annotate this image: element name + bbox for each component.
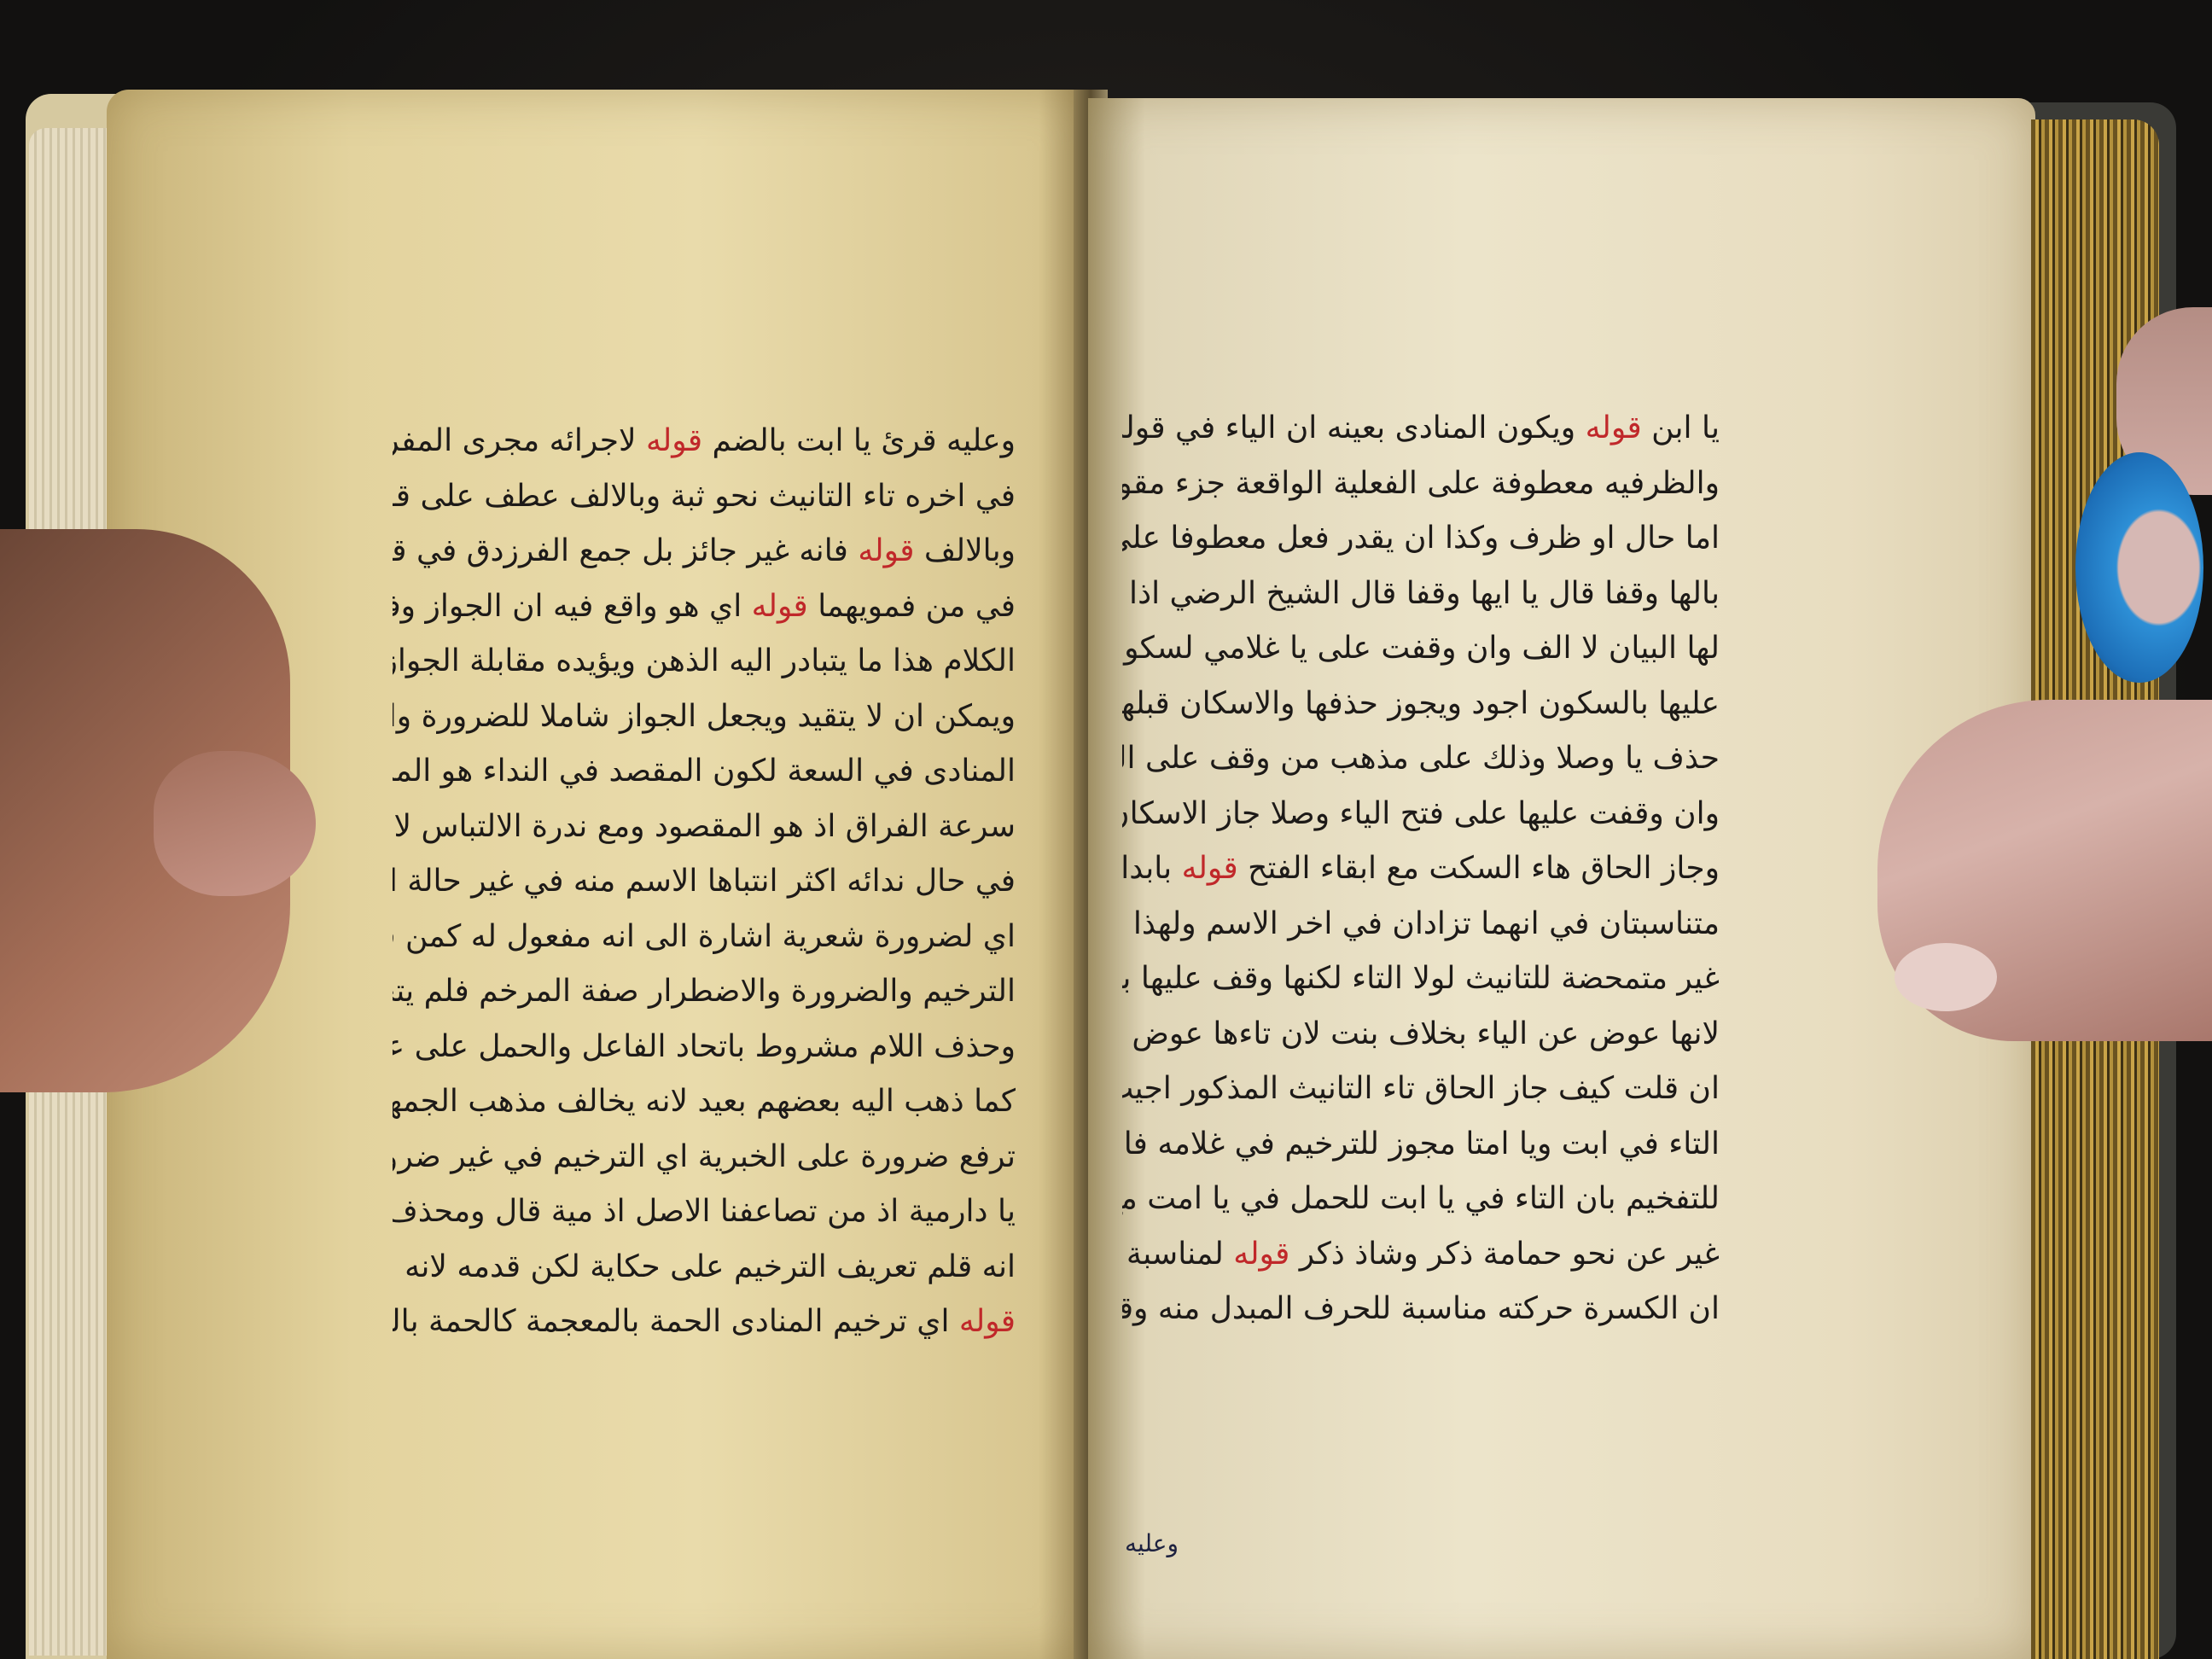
manuscript-line: ترفع ضرورة على الخبرية اي الترخيم في غير…: [393, 1130, 1016, 1185]
line-text: الترخيم والضرورة والاضطرار صفة المرخم فل…: [393, 974, 1016, 1009]
manuscript-line: لانها عوض عن الياء بخلاف بنت لان تاءها ع…: [1122, 1007, 1720, 1062]
line-text: بالها وقفا قال يا ايها وقفا قال الشيخ ال…: [1122, 576, 1720, 611]
catchword: وعليه: [1125, 1529, 1179, 1557]
line-text: لانها عوض عن الياء بخلاف بنت لان تاءها ع…: [1122, 1016, 1720, 1051]
line-text: وان وقفت عليها على فتح الياء وصلا جاز ال…: [1122, 796, 1720, 831]
line-text: وعليه قرئ يا ابت بالضم: [702, 423, 1016, 458]
line-text: غير عن نحو حمامة ذكر وشاذ ذكر: [1289, 1237, 1720, 1272]
rubric-word: قوله: [1586, 410, 1642, 445]
line-text: يا دارمية اذ من تصاعفنا الاصل اذ مية قال…: [393, 1194, 1016, 1229]
line-text: ان الكسرة حركته مناسبة للحرف المبدل منه …: [1122, 1291, 1720, 1326]
line-text: في من فمويهما: [808, 589, 1016, 624]
left-thumb: [154, 751, 316, 896]
line-text: الكلام هذا ما يتبادر اليه الذهن ويؤيده م…: [393, 643, 1016, 678]
manuscript-line: كما ذهب اليه بعضهم بعيد لانه يخالف مذهب …: [393, 1074, 1016, 1130]
manuscript-line: في اخره تاء التانيث نحو ثبة وبالالف عطف …: [393, 469, 1016, 525]
manuscript-line: ويمكن ان لا يتقيد ويجعل الجواز شاملا للض…: [393, 690, 1016, 745]
line-text: بابدال الياء بالتاء ه: [1122, 851, 1182, 886]
manuscript-line: وجاز الحاق هاء السكت مع ابقاء الفتح قوله…: [1122, 841, 1720, 897]
manuscript-line: يا ابن قوله ويكون المنادى بعينه ان الياء…: [1122, 401, 1720, 457]
manuscript-line: الترخيم والضرورة والاضطرار صفة المرخم فل…: [393, 964, 1016, 1020]
line-text: فانه غير جائز بل جمع الفرزدق في قوله هما…: [393, 533, 858, 568]
manuscript-line: والظرفيه معطوفة على الفعلية الواقعة جزء …: [1122, 457, 1720, 512]
left-page-text: وعليه قرئ يا ابت بالضم قوله لاجرائه مجرى…: [393, 414, 1016, 1350]
line-text: اي ترخيم المنادى الحمة بالمعجمة كالحمة ب…: [393, 1304, 959, 1339]
rubric-word: قوله: [1182, 851, 1238, 886]
manuscript-line: انه قلم تعريف الترخيم على حكاية لكن قدمه…: [393, 1240, 1016, 1295]
line-text: والظرفيه معطوفة على الفعلية الواقعة جزء …: [1122, 466, 1720, 501]
line-text: وحذف اللام مشروط باتحاد الفاعل والحمل عل…: [393, 1029, 1016, 1064]
line-text: غير متمحضة للتانيث لولا التاء لكنها وقف …: [1122, 961, 1720, 996]
line-text: اما حال او ظرف وكذا ان يقدر فعل معطوفا ع…: [1122, 521, 1720, 556]
manuscript-line: لها البيان لا الف وان وقفت على يا غلامي …: [1122, 621, 1720, 677]
line-text: التاء في ابت ويا امتا مجوز للترخيم في غل…: [1122, 1126, 1720, 1161]
manuscript-line: وان وقفت عليها على فتح الياء وصلا جاز ال…: [1122, 787, 1720, 842]
manuscript-line: التاء في ابت ويا امتا مجوز للترخيم في غل…: [1122, 1117, 1720, 1173]
line-text: لها البيان لا الف وان وقفت على يا غلامي …: [1122, 631, 1720, 666]
manuscript-line: غير متمحضة للتانيث لولا التاء لكنها وقف …: [1122, 952, 1720, 1007]
line-text: ترفع ضرورة على الخبرية اي الترخيم في غير…: [393, 1139, 1016, 1174]
line-text: ويكون المنادى بعينه ان الياء في قوله وبا…: [1122, 410, 1586, 445]
rubric-word: قوله: [959, 1304, 1016, 1339]
line-text: يا ابن: [1642, 410, 1720, 445]
line-text: انه قلم تعريف الترخيم على حكاية لكن قدمه…: [393, 1249, 1016, 1284]
line-text: المنادى في السعة لكون المقصد في النداء ه…: [393, 754, 1016, 789]
manuscript-line: عليها بالسكون اجود ويجوز حذفها والاسكان …: [1122, 677, 1720, 732]
line-text: في اخره تاء التانيث نحو ثبة وبالالف عطف …: [393, 479, 1016, 514]
rubric-word: قوله: [752, 589, 808, 624]
line-text: متناسبتان في انهما تزادان في اخر الاسم و…: [1122, 906, 1720, 941]
rubric-word: قوله: [646, 423, 702, 458]
manuscript-line: اي لضرورة شعرية اشارة الى انه مفعول له ك…: [393, 910, 1016, 965]
manuscript-line: اما حال او ظرف وكذا ان يقدر فعل معطوفا ع…: [1122, 511, 1720, 567]
line-text: حذف يا وصلا وذلك على مذهب من وقف على الق…: [1122, 741, 1720, 776]
line-text: في حال ندائه اكثر انتباها الاسم منه في غ…: [393, 864, 1016, 899]
manuscript-line: المنادى في السعة لكون المقصد في النداء ه…: [393, 744, 1016, 800]
line-text: اي هو واقع فيه ان الجواز وفي: [393, 589, 752, 624]
line-text: ويمكن ان لا يتقيد ويجعل الجواز شاملا للض…: [393, 699, 1016, 734]
line-text: لاجرائه مجرى المفرد المعرفة لانه اسم: [393, 423, 646, 458]
line-text: لمناسبة الياء يعني: [1122, 1237, 1233, 1272]
manuscript-line: متناسبتان في انهما تزادان في اخر الاسم و…: [1122, 897, 1720, 952]
manuscript-line: يا دارمية اذ من تصاعفنا الاصل اذ مية قال…: [393, 1185, 1016, 1240]
line-text: وجاز الحاق هاء السكت مع ابقاء الفتح: [1238, 851, 1720, 886]
rubric-word: قوله: [1233, 1237, 1289, 1272]
manuscript-line: سرعة الفراق اذ هو المقصود ومع ندرة الالت…: [393, 800, 1016, 855]
manuscript-line: ان قلت كيف جاز الحاق تاء التانيث المذكور…: [1122, 1062, 1720, 1117]
line-text: سرعة الفراق اذ هو المقصود ومع ندرة الالت…: [393, 809, 1016, 844]
manuscript-line: وبالالف قوله فانه غير جائز بل جمع الفرزد…: [393, 524, 1016, 579]
manuscript-line: غير عن نحو حمامة ذكر وشاذ ذكر قوله لمناس…: [1122, 1227, 1720, 1283]
line-text: للتفخيم بان التاء في يا ابت للحمل في يا …: [1122, 1181, 1720, 1216]
thumbnail: [1895, 943, 1997, 1011]
manuscript-line: بالها وقفا قال يا ايها وقفا قال الشيخ ال…: [1122, 567, 1720, 622]
line-text: عليها بالسكون اجود ويجوز حذفها والاسكان …: [1122, 686, 1720, 721]
line-text: ان قلت كيف جاز الحاق تاء التانيث المذكور…: [1122, 1071, 1720, 1106]
line-text: اي لضرورة شعرية اشارة الى انه مفعول له ك…: [393, 919, 1016, 954]
manuscript-line: حذف يا وصلا وذلك على مذهب من وقف على الق…: [1122, 731, 1720, 787]
right-page-text: يا ابن قوله ويكون المنادى بعينه ان الياء…: [1122, 401, 1720, 1337]
rubric-word: قوله: [858, 533, 914, 568]
manuscript-line: ان الكسرة حركته مناسبة للحرف المبدل منه …: [1122, 1282, 1720, 1337]
manuscript-line: في من فمويهما قوله اي هو واقع فيه ان الج…: [393, 579, 1016, 635]
line-text: وبالالف: [914, 533, 1016, 568]
line-text: كما ذهب اليه بعضهم بعيد لانه يخالف مذهب …: [393, 1084, 1016, 1119]
manuscript-line: للتفخيم بان التاء في يا ابت للحمل في يا …: [1122, 1172, 1720, 1227]
blue-ring: [2075, 452, 2203, 683]
manuscript-line: في حال ندائه اكثر انتباها الاسم منه في غ…: [393, 854, 1016, 910]
manuscript-line: الكلام هذا ما يتبادر اليه الذهن ويؤيده م…: [393, 634, 1016, 690]
manuscript-line: قوله اي ترخيم المنادى الحمة بالمعجمة كال…: [393, 1295, 1016, 1350]
manuscript-line: وعليه قرئ يا ابت بالضم قوله لاجرائه مجرى…: [393, 414, 1016, 469]
manuscript-line: وحذف اللام مشروط باتحاد الفاعل والحمل عل…: [393, 1020, 1016, 1075]
